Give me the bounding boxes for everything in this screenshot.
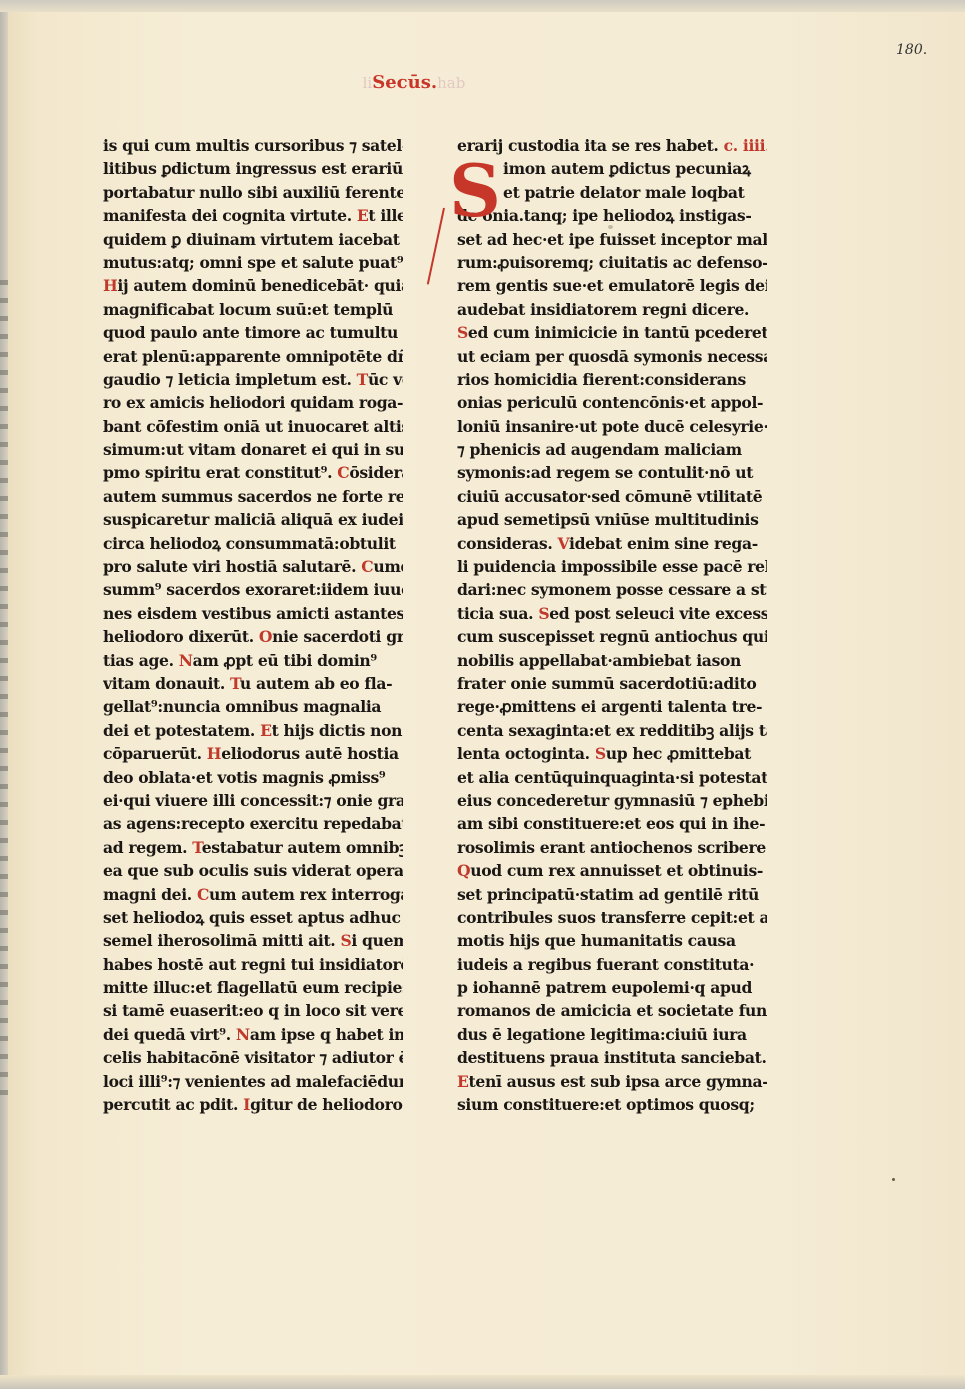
text-line: erarij custodia ita se res habet. c. iii… xyxy=(457,134,767,157)
line-text: quidem ꝑ diuinam virtutem iacebat xyxy=(103,230,400,249)
line-text: nes eisdem vestibus amicti astantes xyxy=(103,604,403,623)
text-line: Etenī ausus est sub ipsa arce gymna- xyxy=(457,1070,767,1093)
line-text: eliodorus autē hostia xyxy=(221,744,399,763)
text-line: eius concederetur gymnasiū ⁊ ephebi- xyxy=(457,789,767,812)
adjacent-page-text-bleed xyxy=(0,280,8,1100)
page-top-edge xyxy=(0,0,965,12)
text-line: rum:ꝓuisoremq; ciuitatis ac defenso- xyxy=(457,251,767,274)
text-line: gellat⁹:nuncia omnibus magnalia xyxy=(103,695,403,718)
text-line: am sibi constituere:et eos qui in ihe- xyxy=(457,812,767,835)
rubricated-capital: H xyxy=(103,276,117,295)
text-line: et patrie delator male loqbat xyxy=(457,181,767,204)
text-line: autem summus sacerdos ne forte rex xyxy=(103,485,403,508)
text-line: simum:ut vitam donaret ei qui in su- xyxy=(103,438,403,461)
text-line: ro ex amicis heliodori quidam roga- xyxy=(103,391,403,414)
running-head-ghost-left: li xyxy=(363,74,373,92)
text-line: frater onie summū sacerdotiū:adito xyxy=(457,672,767,695)
text-line: celis habitacōnē visitator ⁊ adiutor ē xyxy=(103,1046,403,1069)
line-text: tenī ausus est sub ipsa arce gymna- xyxy=(469,1072,767,1091)
line-text: bant cōfestim oniā ut inuocaret altis- xyxy=(103,417,403,436)
line-text: p iohannē patrem eupolemi·q apud xyxy=(457,978,752,997)
line-text: am ꝓpt eū tibi domin⁹ xyxy=(193,651,377,670)
line-text-prefix: pmo spiritu erat constitut⁹. xyxy=(103,463,337,482)
line-text: set principatū·statim ad gentilē ritū xyxy=(457,885,759,904)
line-text: simum:ut vitam donaret ei qui in su- xyxy=(103,440,403,459)
line-text: circa heliodoꝝ consummatā:obtulit xyxy=(103,534,396,553)
line-text: ij autem dominū benedicebāt· quia xyxy=(117,276,403,295)
rubricated-capital: S xyxy=(457,323,468,342)
text-line: imon autem ꝑdictus pecuniaꝝ xyxy=(457,157,767,180)
text-line: romanos de amicicia et societate fun- xyxy=(457,999,767,1022)
text-line: pro salute viri hostiā salutarē. Cumq; xyxy=(103,555,403,578)
rubricated-capital: C xyxy=(361,557,373,576)
line-text: set ad hec·et ipe fuisset inceptor malo- xyxy=(457,230,767,249)
text-line: contribules suos transferre cepit:et a- xyxy=(457,906,767,929)
line-text: autem summus sacerdos ne forte rex xyxy=(103,487,403,506)
text-line: dei quedā virt⁹. Nam ipse q habet in xyxy=(103,1023,403,1046)
line-text: frater onie summū sacerdotiū:adito xyxy=(457,674,756,693)
line-text: um autem rex interrogas- xyxy=(209,885,403,904)
line-text: ei·qui viuere illi concessit:⁊ onie grat… xyxy=(103,791,403,810)
line-text: imon autem ꝑdictus pecuniaꝝ xyxy=(503,159,751,178)
line-text: celis habitacōnē visitator ⁊ adiutor ē xyxy=(103,1048,403,1067)
text-line: set principatū·statim ad gentilē ritū xyxy=(457,883,767,906)
line-text: centa sexaginta:et ex redditibꝫ alijs ta… xyxy=(457,721,767,740)
text-line: suspicaretur maliciā aliquā ex iudeis xyxy=(103,508,403,531)
line-text: ut eciam per quosdā symonis necessa- xyxy=(457,347,767,366)
text-line: dei et potestatem. Et hijs dictis non xyxy=(103,719,403,742)
text-line: symonis:ad regem se contulit·nō ut xyxy=(457,461,767,484)
text-line: consideras. Videbat enim sine rega- xyxy=(457,532,767,555)
line-text: ed post seleuci vite excessū xyxy=(549,604,767,623)
text-line: erat plenū:apparente omnipotēte dño xyxy=(103,345,403,368)
line-text: et alia centūquinquaginta·si potestati xyxy=(457,768,767,787)
rubricated-capital: T xyxy=(357,370,368,389)
rubricated-capital: V xyxy=(558,534,569,553)
line-text: summ⁹ sacerdos exoraret:iidem iuue- xyxy=(103,580,403,599)
text-line: mutus:atq; omni spe et salute puat⁹. xyxy=(103,251,403,274)
text-line: quod paulo ante timore ac tumultu xyxy=(103,321,403,344)
line-text: litibus ꝑdictum ingressus est erariū· xyxy=(103,159,403,178)
line-text: contribules suos transferre cepit:et a- xyxy=(457,908,767,927)
rubricated-capital: E xyxy=(260,721,272,740)
text-line: gaudio ⁊ leticia impletum est. Tūc ve- xyxy=(103,368,403,391)
text-line: pmo spiritu erat constitut⁹. Cōsideras xyxy=(103,461,403,484)
text-line: nobilis appellabat·ambiebat iason xyxy=(457,649,767,672)
text-line: magni dei. Cum autem rex interrogas- xyxy=(103,883,403,906)
running-head: liSecūs.hab xyxy=(344,72,484,93)
text-line: Sed cum inimicicie in tantū pcederet xyxy=(457,321,767,344)
line-text: iudeis a regibus fuerant constituta· xyxy=(457,955,754,974)
text-line: manifesta dei cognita virtute. Et ille xyxy=(103,204,403,227)
line-text: romanos de amicicia et societate fun- xyxy=(457,1001,767,1020)
text-line: ticia sua. Sed post seleuci vite excessū xyxy=(457,602,767,625)
line-text: umq; xyxy=(373,557,403,576)
line-text: destituens praua instituta sanciebat. xyxy=(457,1048,767,1067)
text-line: rosolimis erant antiochenos scribere. xyxy=(457,836,767,859)
text-line: as agens:recepto exercitu repedabat xyxy=(103,812,403,835)
text-line: tias age. Nam ꝓpt eū tibi domin⁹ xyxy=(103,649,403,672)
rubricated-capital: S xyxy=(595,744,606,763)
line-text-prefix: heliodoro dixerūt. xyxy=(103,627,259,646)
line-text: si tamē euaserit:eo q in loco sit vere xyxy=(103,1001,403,1020)
rubricated-capital: N xyxy=(236,1025,250,1044)
text-line: habes hostē aut regni tui insidiatorē xyxy=(103,953,403,976)
line-text: dari:nec symonem posse cessare a stul- xyxy=(457,580,767,599)
text-line: destituens praua instituta sanciebat. xyxy=(457,1046,767,1069)
line-text-prefix: magni dei. xyxy=(103,885,197,904)
line-text: gellat⁹:nuncia omnibus magnalia xyxy=(103,697,381,716)
line-text: u autem ab eo fla- xyxy=(240,674,392,693)
line-text: de onia.tanq; ipe heliodoꝝ instigas- xyxy=(457,206,751,225)
text-line: motis hijs que humanitatis causa xyxy=(457,929,767,952)
line-text: motis hijs que humanitatis causa xyxy=(457,931,736,950)
text-line: loniū insanire·ut pote ducē celesyrie· xyxy=(457,415,767,438)
line-text-prefix: ad regem. xyxy=(103,838,192,857)
chapter-number: c. iiii. xyxy=(724,136,767,155)
text-line: centa sexaginta:et ex redditibꝫ alijs ta… xyxy=(457,719,767,742)
text-line: si tamē euaserit:eo q in loco sit vere xyxy=(103,999,403,1022)
text-column-right: S erarij custodia ita se res habet. c. i… xyxy=(457,134,767,1116)
text-line: ⁊ phenicis ad augendam maliciam xyxy=(457,438,767,461)
line-text: as agens:recepto exercitu repedabat xyxy=(103,814,403,833)
line-text-prefix: dei quedā virt⁹. xyxy=(103,1025,236,1044)
line-text: rem gentis sue·et emulatorē legis dei· xyxy=(457,276,767,295)
rubricated-capital: O xyxy=(259,627,272,646)
rubricated-capital: Q xyxy=(457,861,470,880)
text-line: apud semetipsū vniūse multitudinis xyxy=(457,508,767,531)
line-text: dus ē legatione legitima:ciuiū iura xyxy=(457,1025,747,1044)
line-text: nie sacerdoti gra- xyxy=(272,627,403,646)
text-line: dus ē legatione legitima:ciuiū iura xyxy=(457,1023,767,1046)
line-text: ro ex amicis heliodori quidam roga- xyxy=(103,393,403,412)
paper-speck xyxy=(892,1178,895,1181)
text-line: rege·ꝓmittens ei argenti talenta tre- xyxy=(457,695,767,718)
line-text: habes hostē aut regni tui insidiatorē xyxy=(103,955,403,974)
line-text: magnificabat locum suū:et templū xyxy=(103,300,393,319)
line-text-prefix: pro salute viri hostiā salutarē. xyxy=(103,557,361,576)
rubricated-capital: E xyxy=(457,1072,469,1091)
line-text-prefix: cōparuerūt. xyxy=(103,744,207,763)
text-line: onias periculū contencōnis·et appol- xyxy=(457,391,767,414)
line-text-prefix: gaudio ⁊ leticia impletum est. xyxy=(103,370,357,389)
rubricated-capital: N xyxy=(179,651,193,670)
line-text: ciuiū accusator·sed cōmunē vtilitatē xyxy=(457,487,762,506)
text-line: Hij autem dominū benedicebāt· quia xyxy=(103,274,403,297)
text-line: cōparuerūt. Heliodorus autē hostia xyxy=(103,742,403,765)
text-line: deo oblata·et votis magnis ꝓmiss⁹ xyxy=(103,766,403,789)
text-line: ut eciam per quosdā symonis necessa- xyxy=(457,345,767,368)
line-text: ⁊ phenicis ad augendam maliciam xyxy=(457,440,742,459)
line-text: idebat enim sine rega- xyxy=(569,534,758,553)
line-text: apud semetipsū vniūse multitudinis xyxy=(457,510,759,529)
line-text: nobilis appellabat·ambiebat iason xyxy=(457,651,741,670)
text-line: is qui cum multis cursoribus ⁊ satel- xyxy=(103,134,403,157)
line-text: ūc ve- xyxy=(368,370,403,389)
line-text: et patrie delator male loqbat xyxy=(503,183,745,202)
text-line: ei·qui viuere illi concessit:⁊ onie grat… xyxy=(103,789,403,812)
rubricated-capital: C xyxy=(197,885,209,904)
text-line: portabatur nullo sibi auxiliū ferente: xyxy=(103,181,403,204)
line-text-prefix: percutit ac pdit. xyxy=(103,1095,243,1114)
text-line: vitam donauit. Tu autem ab eo fla- xyxy=(103,672,403,695)
text-line: percutit ac pdit. Igitur de heliodoro ⁊ xyxy=(103,1093,403,1116)
text-line: rios homicidia fierent:considerans xyxy=(457,368,767,391)
line-text-prefix: consideras. xyxy=(457,534,558,553)
text-line: quidem ꝑ diuinam virtutem iacebat xyxy=(103,228,403,251)
rubricated-capital: T xyxy=(192,838,201,857)
text-line: Quod cum rex annuisset et obtinuis- xyxy=(457,859,767,882)
line-text: cum suscepisset regnū antiochus qui xyxy=(457,627,767,646)
line-text: mitte illuc:et flagellatū eum recipies· xyxy=(103,978,403,997)
rubricated-capital: S xyxy=(538,604,549,623)
line-text-prefix: vitam donauit. xyxy=(103,674,230,693)
line-text: am ipse q habet in xyxy=(250,1025,403,1044)
line-text: t ille xyxy=(368,206,403,225)
line-text-prefix: tias age. xyxy=(103,651,179,670)
line-text: rege·ꝓmittens ei argenti talenta tre- xyxy=(457,697,762,716)
line-text: mutus:atq; omni spe et salute puat⁹. xyxy=(103,253,403,272)
rubricated-capital: H xyxy=(207,744,221,763)
text-line: litibus ꝑdictum ingressus est erariū· xyxy=(103,157,403,180)
line-text: loniū insanire·ut pote ducē celesyrie· xyxy=(457,417,767,436)
rubricated-capital: C xyxy=(337,463,349,482)
text-line: audebat insidiatorem regni dicere. xyxy=(457,298,767,321)
line-text-prefix: semel iherosolimā mitti ait. xyxy=(103,931,340,950)
line-text: portabatur nullo sibi auxiliū ferente: xyxy=(103,183,403,202)
page-bottom-edge xyxy=(0,1375,965,1389)
text-line: lenta octoginta. Sup hec ꝓmittebat xyxy=(457,742,767,765)
text-line: semel iherosolimā mitti ait. Si quem xyxy=(103,929,403,952)
line-text: am sibi constituere:et eos qui in ihe- xyxy=(457,814,765,833)
line-text: uod cum rex annuisset et obtinuis- xyxy=(470,861,763,880)
line-text: i quem xyxy=(351,931,403,950)
text-column-left: is qui cum multis cursoribus ⁊ satel-lit… xyxy=(103,134,403,1116)
line-text: rum:ꝓuisoremq; ciuitatis ac defenso- xyxy=(457,253,767,272)
text-line: set heliodoꝝ quis esset aptus adhuc xyxy=(103,906,403,929)
running-head-ghost-right: hab xyxy=(437,74,465,92)
text-line: bant cōfestim oniā ut inuocaret altis- xyxy=(103,415,403,438)
text-line: dari:nec symonem posse cessare a stul- xyxy=(457,578,767,601)
line-text-prefix: lenta octoginta. xyxy=(457,744,595,763)
line-text: audebat insidiatorem regni dicere. xyxy=(457,300,749,319)
initial-flourish xyxy=(427,208,445,285)
line-text-prefix: dei et potestatem. xyxy=(103,721,260,740)
line-text: sium constituere:et optimos quosq; xyxy=(457,1095,755,1114)
text-line: de onia.tanq; ipe heliodoꝝ instigas- xyxy=(457,204,767,227)
rubricated-capital: E xyxy=(357,206,369,225)
text-line: rem gentis sue·et emulatorē legis dei· xyxy=(457,274,767,297)
line-text: erat plenū:apparente omnipotēte dño xyxy=(103,347,403,366)
line-text-prefix: ticia sua. xyxy=(457,604,538,623)
line-text: ea que sub oculis suis viderat opera xyxy=(103,861,403,880)
text-line: iudeis a regibus fuerant constituta· xyxy=(457,953,767,976)
line-text: quod paulo ante timore ac tumultu xyxy=(103,323,398,342)
text-line: et alia centūquinquaginta·si potestati xyxy=(457,766,767,789)
text-line: ciuiū accusator·sed cōmunē vtilitatē xyxy=(457,485,767,508)
line-text-prefix: manifesta dei cognita virtute. xyxy=(103,206,357,225)
text-line: cum suscepisset regnū antiochus qui xyxy=(457,625,767,648)
line-text: suspicaretur maliciā aliquā ex iudeis xyxy=(103,510,403,529)
text-line: li puidencia impossibile esse pacē rebꝫ xyxy=(457,555,767,578)
line-text: ed cum inimicicie in tantū pcederet xyxy=(468,323,767,342)
manuscript-page: 180. liSecūs.hab is qui cum multis curso… xyxy=(0,0,965,1389)
line-text: deo oblata·et votis magnis ꝓmiss⁹ xyxy=(103,768,385,787)
line-text: li puidencia impossibile esse pacē rebꝫ xyxy=(457,557,767,576)
line-text: up hec ꝓmittebat xyxy=(606,744,751,763)
rubricated-capital: S xyxy=(340,931,351,950)
decorated-initial-s: S xyxy=(449,154,489,264)
line-text: rios homicidia fierent:considerans xyxy=(457,370,746,389)
line-text: ōsideras xyxy=(349,463,403,482)
paper-stain xyxy=(608,225,613,229)
text-line: nes eisdem vestibus amicti astantes xyxy=(103,602,403,625)
line-text: onias periculū contencōnis·et appol- xyxy=(457,393,763,412)
line-text: loci illi⁹:⁊ venientes ad malefaciēdum xyxy=(103,1072,403,1091)
text-line: mitte illuc:et flagellatū eum recipies· xyxy=(103,976,403,999)
folio-number: 180. xyxy=(896,42,927,58)
text-line: ad regem. Testabatur autem omnibꝫ xyxy=(103,836,403,859)
line-text: is qui cum multis cursoribus ⁊ satel- xyxy=(103,136,403,155)
line-text: set heliodoꝝ quis esset aptus adhuc xyxy=(103,908,401,927)
line-text: symonis:ad regem se contulit·nō ut xyxy=(457,463,753,482)
text-line: ea que sub oculis suis viderat opera xyxy=(103,859,403,882)
line-text: estabatur autem omnibꝫ xyxy=(202,838,403,857)
text-line: circa heliodoꝝ consummatā:obtulit xyxy=(103,532,403,555)
text-line: set ad hec·et ipe fuisset inceptor malo- xyxy=(457,228,767,251)
text-line: loci illi⁹:⁊ venientes ad malefaciēdum xyxy=(103,1070,403,1093)
text-line: summ⁹ sacerdos exoraret:iidem iuue- xyxy=(103,578,403,601)
text-line: magnificabat locum suū:et templū xyxy=(103,298,403,321)
line-text: t hijs dictis non xyxy=(272,721,403,740)
running-head-rubric: Secūs. xyxy=(372,72,437,93)
line-text: rosolimis erant antiochenos scribere. xyxy=(457,838,767,857)
text-line: p iohannē patrem eupolemi·q apud xyxy=(457,976,767,999)
rubricated-capital: T xyxy=(230,674,240,693)
line-text: eius concederetur gymnasiū ⁊ ephebi- xyxy=(457,791,767,810)
text-line: heliodoro dixerūt. Onie sacerdoti gra- xyxy=(103,625,403,648)
line-text: gitur de heliodoro ⁊ xyxy=(250,1095,403,1114)
text-line: sium constituere:et optimos quosq; xyxy=(457,1093,767,1116)
